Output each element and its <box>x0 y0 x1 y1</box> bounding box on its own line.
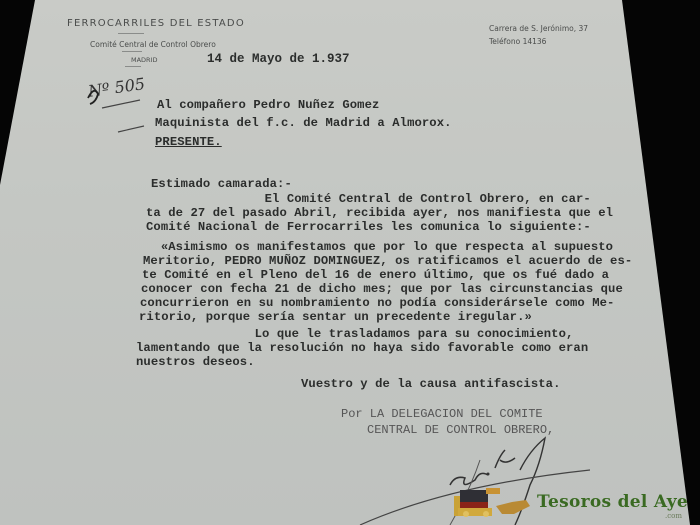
watermark-brand: Tesoros del Ayer <box>537 492 697 512</box>
letter-paper: FERROCARRILES DEL ESTADO Comité Central … <box>0 0 700 525</box>
paragraph-1-line-3: Comité Nacional de Ferrocarriles les com… <box>146 220 591 234</box>
letterhead-phone: Teléfono 14136 <box>489 37 546 46</box>
quote-line-3: te Comité en el Pleno del 16 de enero úl… <box>142 268 609 282</box>
paragraph-1-line-1: El Comité Central de Control Obrero, en … <box>146 192 591 206</box>
paragraph-2-line-3: nuestros deseos. <box>136 355 255 369</box>
presente-label: PRESENTE. <box>155 135 222 149</box>
paragraph-1-line-2: ta de 27 del pasado Abril, recibida ayer… <box>146 206 613 220</box>
closing: Vuestro y de la causa antifascista. <box>301 377 560 391</box>
recipient-line-2: Maquinista del f.c. de Madrid a Almorox. <box>155 116 452 130</box>
carriage-logo-icon <box>452 484 532 518</box>
letterhead-committee: Comité Central de Control Obrero <box>90 40 216 49</box>
paragraph-2-line-2: lamentando que la resolución no haya sid… <box>136 341 588 355</box>
letterhead-divider <box>122 51 142 52</box>
quote-line-5: concurrieron en su nombramiento no podía… <box>140 296 614 310</box>
quote-line-1: «Asimismo os manifestamos que por lo que… <box>146 240 613 254</box>
letterhead-divider <box>118 33 144 34</box>
quote-line-2: Meritorio, PEDRO MUÑOZ DOMINGUEZ, os rat… <box>143 254 632 268</box>
quote-line-6: ritorio, porque sería sentar un preceden… <box>139 310 532 324</box>
watermark-suffix: .com <box>665 512 682 520</box>
letter-date: 14 de Mayo de 1.937 <box>207 52 350 66</box>
quote-line-4: conocer con fecha 21 de dicho mes; que p… <box>141 282 623 296</box>
signature-block-line-1: Por LA DELEGACION DEL COMITE <box>341 407 543 421</box>
letterhead-address: Carrera de S. Jerónimo, 37 <box>489 24 588 33</box>
letterhead-divider <box>125 66 141 67</box>
letterhead-organization: FERROCARRILES DEL ESTADO <box>67 18 245 29</box>
recipient-line-1: Al compañero Pedro Nuñez Gomez <box>157 98 379 112</box>
letterhead-city: MADRID <box>131 56 158 64</box>
salutation: Estimado camarada:- <box>151 177 292 191</box>
paragraph-2-line-1: Lo que le trasladamos para su conocimien… <box>136 327 573 341</box>
